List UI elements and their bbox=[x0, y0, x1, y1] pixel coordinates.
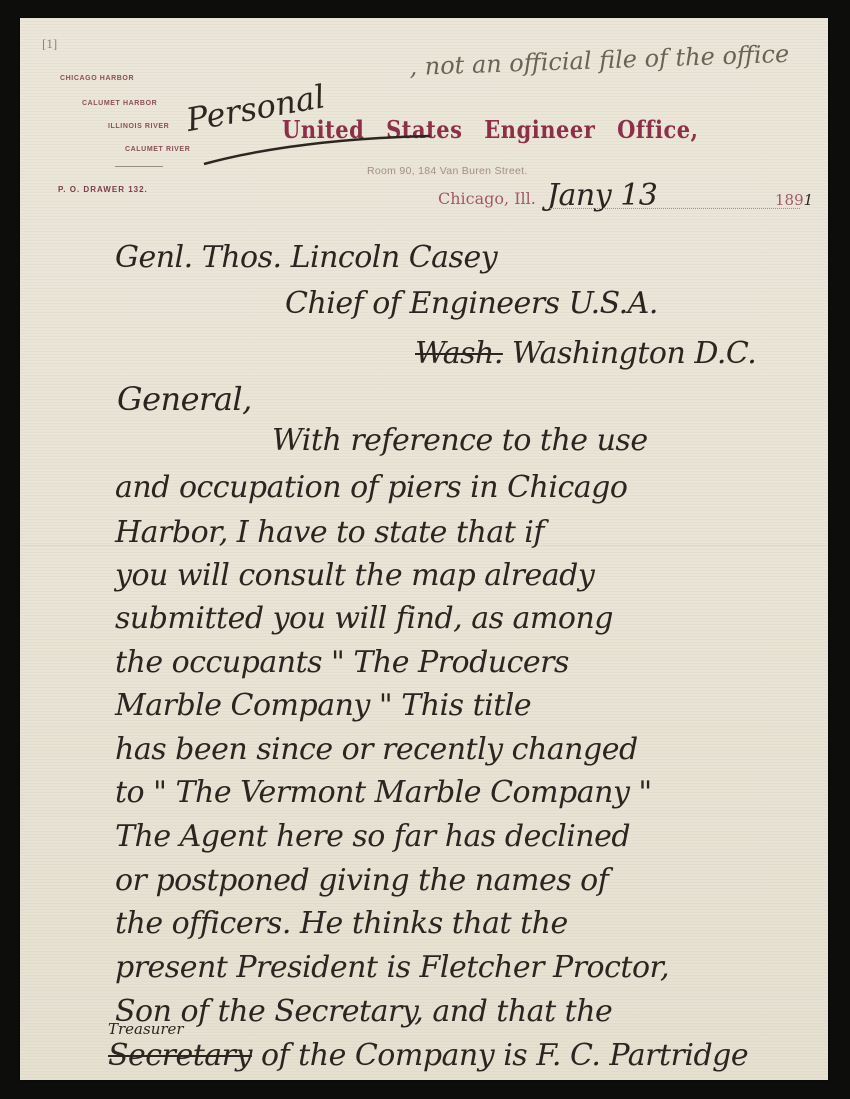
body-line-14: Son of the Secretary, and that the bbox=[115, 994, 612, 1029]
letterhead-district-2: Calumet Harbor bbox=[82, 100, 157, 107]
scanned-document: [1] Chicago Harbor Calumet Harbor Illino… bbox=[0, 0, 850, 1099]
body-line-15-text: of the Company is F. C. Partridge bbox=[261, 1038, 748, 1073]
letterhead-po-drawer: P. O. DRAWER 132. bbox=[58, 185, 148, 194]
struck-text: Wash. bbox=[415, 336, 503, 371]
date-rule bbox=[550, 208, 800, 209]
body-line-10: The Agent here so far has declined bbox=[115, 819, 630, 854]
body-line-7: Marble Company " This title bbox=[115, 688, 531, 723]
body-line-8: has been since or recently changed bbox=[115, 732, 638, 767]
letterhead-district-1: Chicago Harbor bbox=[60, 75, 134, 82]
body-line-6: the occupants " The Producers bbox=[115, 645, 569, 680]
body-line-5: submitted you will find, as among bbox=[115, 601, 613, 636]
addressee-location: Wash. Washington D.C. bbox=[415, 336, 756, 371]
body-line-3: Harbor, I have to state that if bbox=[115, 515, 544, 550]
letterhead-year: 1891 bbox=[775, 191, 813, 209]
archival-page-number: [1] bbox=[42, 36, 57, 52]
addressee-city: Washington D.C. bbox=[512, 336, 756, 371]
salutation: General, bbox=[117, 380, 252, 418]
letterhead-district-4: Calumet River bbox=[125, 146, 190, 153]
year-printed: 189 bbox=[775, 191, 804, 209]
personal-underline-swash bbox=[202, 130, 432, 170]
body-line-9: to " The Vermont Marble Company " bbox=[115, 775, 652, 810]
letterhead-district-3: Illinois River bbox=[108, 123, 169, 130]
body-line-11: or postponed giving the names of bbox=[115, 863, 608, 898]
addressee-title: Chief of Engineers U.S.A. bbox=[285, 286, 658, 321]
struck-word: Secretary bbox=[108, 1038, 252, 1073]
body-line-12: the officers. He thinks that the bbox=[115, 906, 568, 941]
letterhead-divider bbox=[115, 166, 163, 167]
body-line-13: present President is Fletcher Proctor, bbox=[115, 950, 669, 985]
year-handwritten-digit: 1 bbox=[804, 191, 814, 209]
letterhead-place: Chicago, Ill. bbox=[438, 189, 536, 208]
body-line-12-text: the officers. He thinks that the bbox=[115, 906, 568, 941]
addressee-name: Genl. Thos. Lincoln Casey bbox=[115, 240, 497, 275]
inserted-word: Treasurer bbox=[108, 1020, 184, 1038]
body-line-15: Secretary of the Company is F. C. Partri… bbox=[108, 1038, 748, 1073]
letter-page: [1] Chicago Harbor Calumet Harbor Illino… bbox=[20, 18, 828, 1080]
marginal-note-text: , not an official file of the office bbox=[409, 40, 790, 81]
body-line-4: you will consult the map already bbox=[115, 558, 594, 593]
body-line-2: and occupation of piers in Chicago bbox=[115, 470, 627, 505]
body-line-1: With reference to the use bbox=[272, 423, 648, 458]
